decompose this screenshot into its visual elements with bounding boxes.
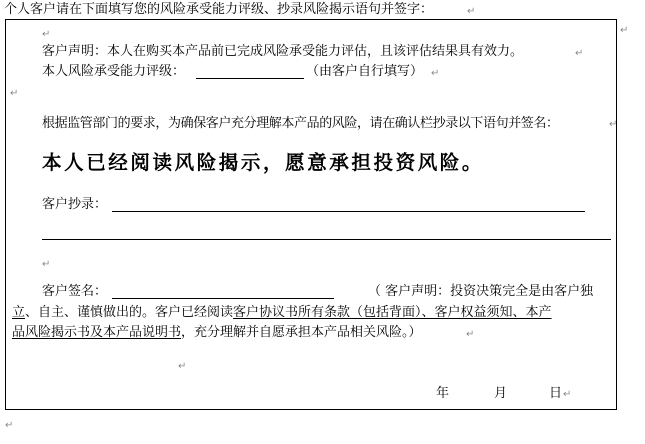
paragraph-mark-icon: ↵ [575, 49, 583, 59]
signature-label: 客户签名： [42, 284, 107, 300]
date-year: 年 [436, 386, 449, 402]
copy-underline-1 [112, 211, 585, 212]
declaration-line-1: （ 客户声明：投资决策完全是由客户独 [368, 284, 593, 300]
intro-text: 个人客户请在下面填写您的风险承受能力评级、抄录风险揭示语句并签字： [4, 2, 433, 18]
declaration-text-end: ，充分理解并自愿承担本产品相关风险。） [181, 325, 422, 340]
paragraph-mark-icon: ↵ [446, 162, 454, 172]
declaration-underlined-start: 立 [12, 305, 25, 320]
copy-field[interactable] [112, 195, 585, 211]
declaration-text: 、自主、谨慎做出的。客户已经阅读 [25, 305, 233, 320]
date-month: 月 [494, 386, 507, 402]
signature-underline [112, 298, 334, 299]
risk-rating-note: （由客户自行填写） [306, 64, 423, 80]
copy-label: 客户抄录： [42, 197, 107, 213]
risk-rating-label: 本人风险承受能力评级： [42, 64, 185, 80]
date-day: 日 [549, 386, 562, 402]
customer-statement: 客户声明：本人在购买本产品前已完成风险承受能力评估，且该评估结果具有效力。 [42, 44, 523, 60]
paragraph-mark-icon: ↵ [563, 390, 571, 400]
paragraph-mark-icon: ↵ [609, 120, 617, 130]
declaration-line-2: 立、自主、谨慎做出的。客户已经阅读客户协议书所有条款（包括背面）、客户权益须知、… [12, 305, 552, 321]
declaration-underlined-documents-cont: 品风险揭示书及本产品说明书 [12, 325, 181, 340]
risk-rating-underline [196, 78, 304, 79]
risk-rating-field[interactable] [196, 62, 304, 78]
paragraph-mark-icon: ↵ [466, 330, 474, 340]
paragraph-mark-icon: ↵ [42, 260, 50, 270]
risk-sentence: 本人已经阅读风险揭示，愿意承担投资风险。 [42, 152, 484, 174]
declaration-line-3: 品风险揭示书及本产品说明书，充分理解并自愿承担本产品相关风险。） [12, 325, 422, 341]
paragraph-mark-icon: ↵ [42, 30, 50, 40]
paragraph-mark-icon: ↵ [10, 89, 18, 99]
declaration-underlined-documents: 客户协议书所有条款（包括背面）、客户权益须知、本产 [233, 305, 552, 320]
paragraph-mark-icon: ↵ [467, 7, 475, 17]
paragraph-mark-icon: ↵ [178, 362, 186, 372]
paragraph-mark-icon: ↵ [431, 69, 439, 79]
copy-underline-2 [42, 239, 611, 240]
paragraph-mark-icon: ↵ [5, 421, 13, 431]
regulatory-requirement: 根据监管部门的要求，为确保客户充分理解本产品的风险，请在确认栏抄录以下语句并签名… [42, 116, 559, 132]
signature-field[interactable] [112, 282, 334, 298]
paragraph-mark-icon: ↵ [620, 26, 628, 36]
